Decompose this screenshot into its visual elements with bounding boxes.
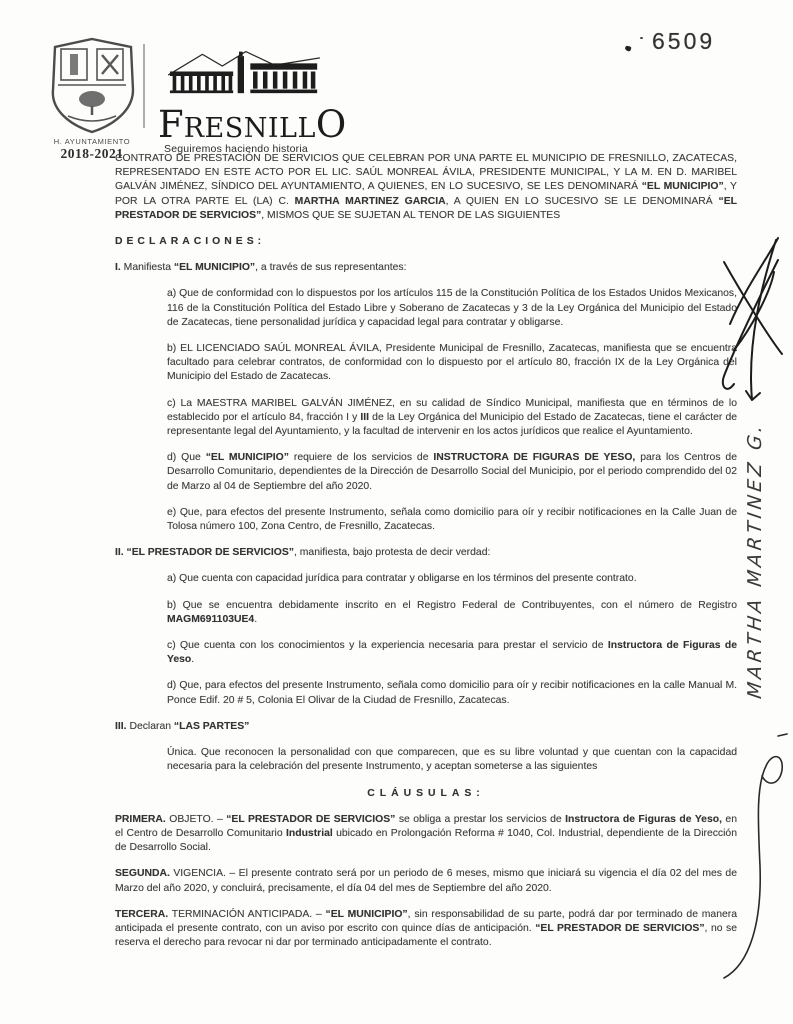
paragraph: b) EL LICENCIADO SAÚL MONREAL ÁVILA, Pre… bbox=[167, 342, 737, 385]
paragraph: TERCERA. TERMINACIÓN ANTICIPADA. – “EL M… bbox=[115, 908, 737, 951]
brand-wordmark: FRESNILLO bbox=[158, 106, 358, 143]
signature-name: MARTHA MARTINEZ G. bbox=[744, 397, 766, 700]
paragraph: III. Declaran “LAS PARTES” bbox=[115, 720, 737, 734]
monuments-icon bbox=[158, 48, 330, 104]
ink-speck bbox=[624, 45, 631, 52]
paragraph: b) Que se encuentra debidamente inscrito… bbox=[167, 599, 737, 627]
scanned-contract-page: H. AYUNTAMIENTO 2018-2021 bbox=[0, 0, 793, 1024]
paragraph: d) Que “EL MUNICIPIO” requiere de los se… bbox=[167, 451, 737, 494]
document-body: CONTRATO DE PRESTACIÓN DE SERVICIOS QUE … bbox=[115, 152, 737, 962]
fresnillo-logo: FRESNILLO Seguiremos haciendo historia bbox=[158, 48, 358, 155]
paragraph: d) Que, para efectos del presente Instru… bbox=[167, 679, 737, 707]
document-number: 6509 bbox=[652, 28, 715, 55]
wordmark-middle: RESNILL bbox=[184, 113, 316, 144]
wordmark-final: O bbox=[316, 103, 346, 146]
paragraph: CONTRATO DE PRESTACIÓN DE SERVICIOS QUE … bbox=[115, 152, 737, 223]
paragraph: e) Que, para efectos del presente Instru… bbox=[167, 506, 737, 534]
wordmark-initial: F bbox=[158, 103, 184, 146]
paragraph: a) Que de conformidad con lo dispuestos … bbox=[167, 287, 737, 330]
paragraph: CLÁUSULAS: bbox=[115, 787, 737, 801]
paragraph: a) Que cuenta con capacidad jurídica par… bbox=[167, 572, 737, 586]
paragraph: DECLARACIONES: bbox=[115, 235, 737, 249]
paragraph: PRIMERA. OBJETO. – “EL PRESTADOR DE SERV… bbox=[115, 813, 737, 856]
paragraph: I. Manifiesta “EL MUNICIPIO”, a través d… bbox=[115, 261, 737, 275]
paragraph: SEGUNDA. VIGENCIA. – El presente contrat… bbox=[115, 867, 737, 895]
paragraph: II. “EL PRESTADOR DE SERVICIOS”, manifie… bbox=[115, 546, 737, 560]
crest-title: H. AYUNTAMIENTO bbox=[44, 137, 140, 146]
signature-flourish-icon bbox=[710, 726, 792, 988]
header-divider bbox=[143, 44, 145, 128]
paragraph: c) Que cuenta con los conocimientos y la… bbox=[167, 639, 737, 667]
crest-shield-icon bbox=[44, 36, 140, 136]
ink-speck bbox=[640, 37, 643, 39]
signature-scribble-icon bbox=[714, 232, 793, 417]
municipal-crest: H. AYUNTAMIENTO 2018-2021 bbox=[44, 36, 140, 162]
paragraph: c) La MAESTRA MARIBEL GALVÁN JIMÉNEZ, en… bbox=[167, 397, 737, 440]
paragraph: Única. Que reconocen la personalidad con… bbox=[167, 746, 737, 774]
